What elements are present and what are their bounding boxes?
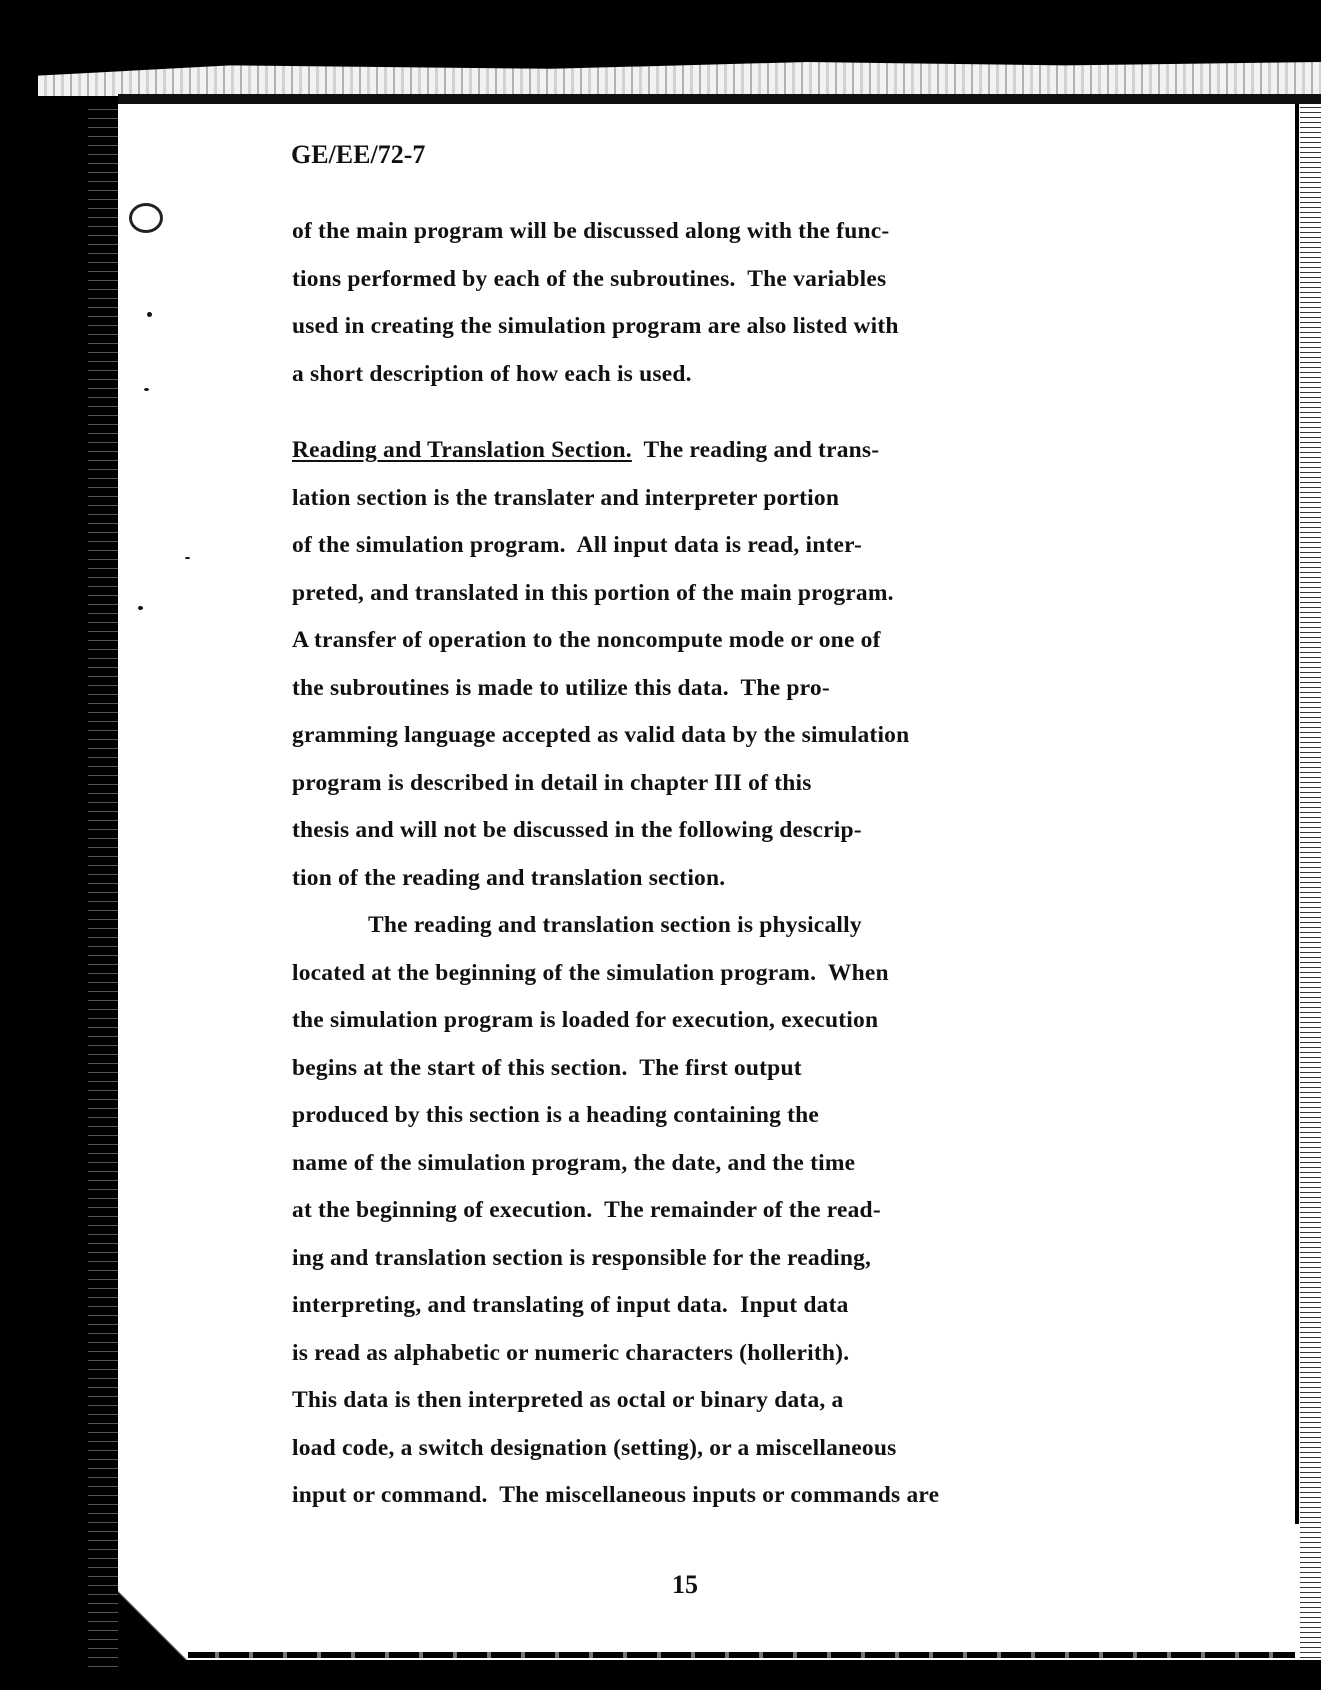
- text-line: at the beginning of execution. The remai…: [292, 1197, 881, 1224]
- text-line: a short description of how each is used.: [292, 361, 692, 388]
- text-line: the simulation program is loaded for exe…: [292, 1007, 878, 1034]
- text-line: located at the beginning of the simulati…: [292, 960, 889, 987]
- text-line: begins at the start of this section. The…: [292, 1055, 802, 1082]
- torn-top-edge: [38, 62, 1321, 96]
- text-line: interpreting, and translating of input d…: [292, 1292, 849, 1319]
- text-line: name of the simulation program, the date…: [292, 1150, 855, 1177]
- section-heading: Reading and Translation Section.: [292, 437, 632, 463]
- bottom-border: [118, 1660, 1321, 1690]
- text-line: the subroutines is made to utilize this …: [292, 675, 830, 702]
- text-line: load code, a switch designation (setting…: [292, 1435, 897, 1462]
- ink-speck: [147, 312, 152, 317]
- text-line: preted, and translated in this portion o…: [292, 580, 894, 607]
- text-line: The reading and translation section is p…: [368, 912, 862, 939]
- text-line: ing and translation section is responsib…: [292, 1245, 871, 1272]
- ink-speck: [144, 388, 149, 391]
- text-line: This data is then interpreted as octal o…: [292, 1387, 844, 1414]
- text-fragment: The reading and trans-: [632, 437, 879, 463]
- text-line: produced by this section is a heading co…: [292, 1102, 819, 1129]
- page-number: 15: [672, 1570, 698, 1600]
- section-heading-line: Reading and Translation Section. The rea…: [292, 437, 879, 464]
- corner-fold: [118, 1590, 188, 1660]
- text-line: is read as alphabetic or numeric charact…: [292, 1340, 849, 1367]
- text-line: input or command. The miscellaneous inpu…: [292, 1482, 939, 1509]
- left-binding-shadow: [88, 104, 118, 1670]
- text-line: tion of the reading and translation sect…: [292, 865, 725, 892]
- top-shadow: [118, 94, 1321, 104]
- bottom-edge-line: [185, 1652, 1295, 1658]
- ink-speck: [185, 557, 190, 559]
- punch-hole-icon: [129, 203, 163, 233]
- text-line: of the main program will be discussed al…: [292, 218, 889, 245]
- text-line: gramming language accepted as valid data…: [292, 722, 909, 749]
- ink-speck: [138, 606, 143, 610]
- text-line: thesis and will not be discussed in the …: [292, 817, 862, 844]
- text-line: program is described in detail in chapte…: [292, 770, 812, 797]
- document-id: GE/EE/72-7: [291, 140, 425, 170]
- text-line: lation section is the translater and int…: [292, 485, 839, 512]
- text-line: of the simulation program. All input dat…: [292, 532, 862, 559]
- right-edge-strip: [1300, 104, 1321, 1670]
- text-line: tions performed by each of the subroutin…: [292, 266, 886, 293]
- text-line: A transfer of operation to the noncomput…: [292, 627, 881, 654]
- right-edge-line: [1295, 104, 1299, 1524]
- text-line: used in creating the simulation program …: [292, 313, 899, 340]
